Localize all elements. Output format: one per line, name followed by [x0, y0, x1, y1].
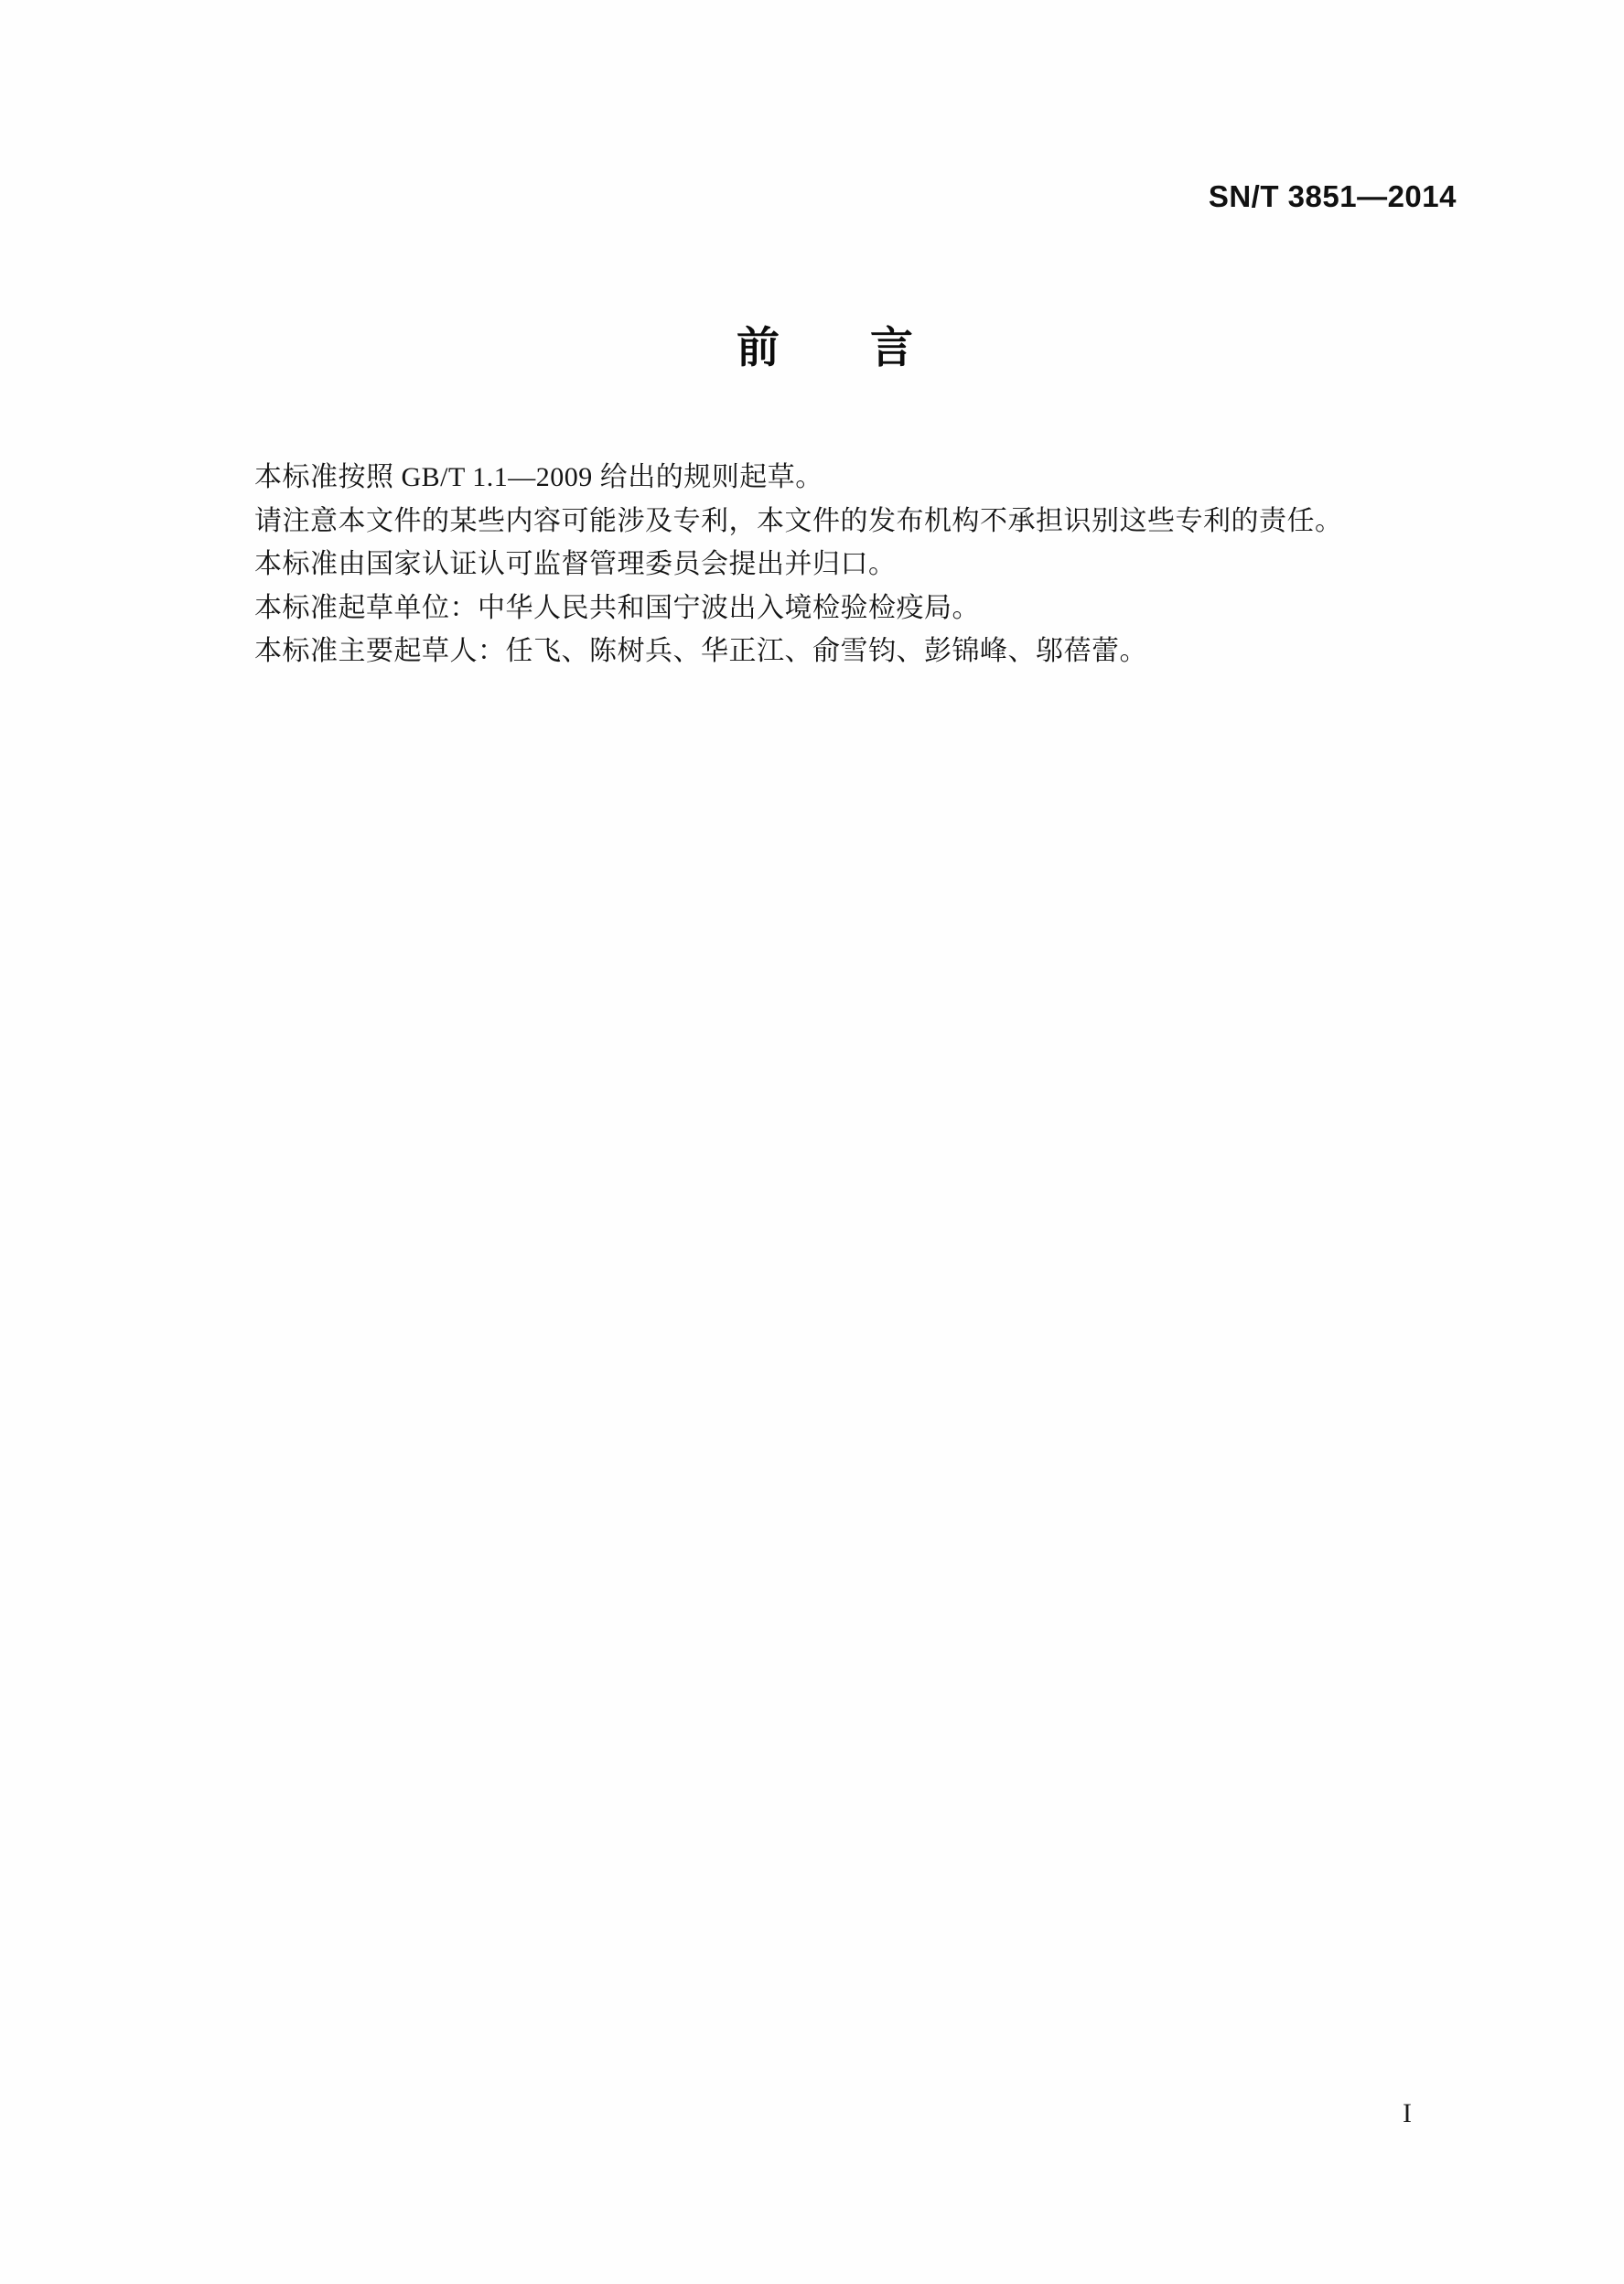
page-title-char-2: 言 — [870, 325, 913, 370]
standard-code: SN/T 3851—2014 — [1209, 181, 1457, 211]
foreword-paragraph-proposing-body: 本标准由国家认证认可监督管理委员会提出并归口。 — [254, 543, 1499, 587]
foreword-paragraph-drafting-organization: 本标准起草单位：中华人民共和国宁波出入境检验检疫局。 — [254, 587, 1499, 630]
foreword-paragraph-patent-notice: 请注意本文件的某些内容可能涉及专利，本文件的发布机构不承担识别这些专利的责任。 — [254, 500, 1499, 544]
foreword-paragraph-drafting-rules: 本标准按照 GB/T 1.1—2009 给出的规则起草。 — [254, 456, 1499, 500]
document-page: SN/T 3851—2014 前 言 本标准按照 GB/T 1.1—2009 给… — [0, 0, 1624, 2284]
page-number: I — [1403, 2100, 1412, 2128]
foreword-paragraph-drafters: 本标准主要起草人：任飞、陈树兵、华正江、俞雪钧、彭锦峰、邬蓓蕾。 — [254, 630, 1499, 673]
page-title-char-1: 前 — [737, 325, 780, 370]
foreword-body: 本标准按照 GB/T 1.1—2009 给出的规则起草。 请注意本文件的某些内容… — [254, 456, 1499, 673]
page-title: 前 言 — [13, 325, 1624, 370]
